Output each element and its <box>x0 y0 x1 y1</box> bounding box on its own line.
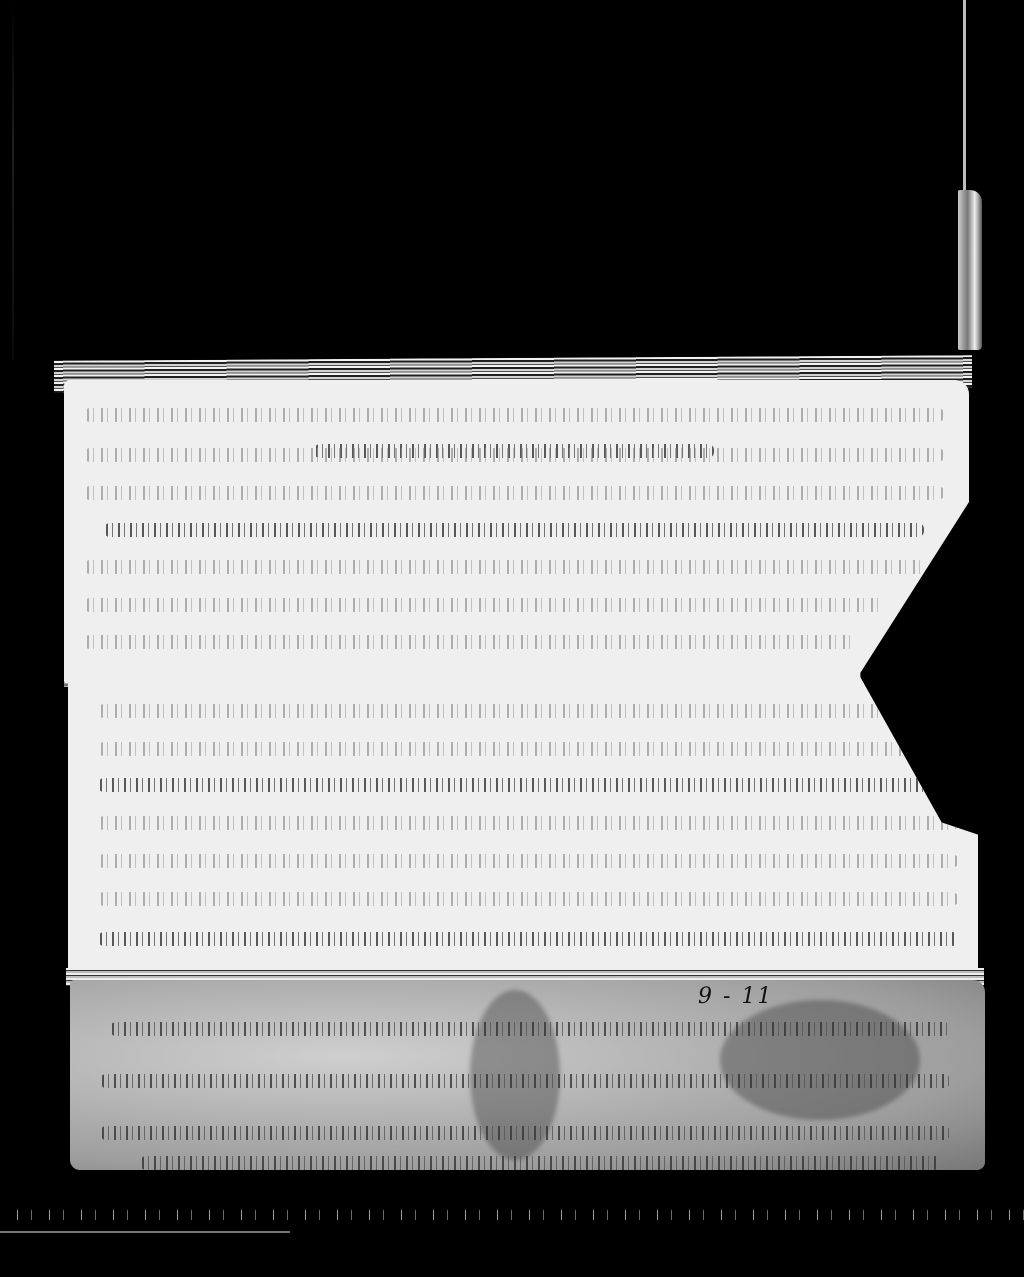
script-line <box>98 778 938 792</box>
script-line <box>98 854 958 868</box>
script-line <box>98 816 958 830</box>
film-scratch <box>0 1231 290 1233</box>
script-line <box>100 1126 950 1140</box>
script-line <box>110 1022 950 1036</box>
film-specks <box>0 1210 1024 1220</box>
script-line <box>84 560 924 574</box>
cover-edge <box>963 0 966 200</box>
script-line <box>84 635 854 649</box>
script-line <box>100 1074 950 1088</box>
script-line <box>98 704 938 718</box>
script-line <box>98 892 958 906</box>
cover-panel <box>70 980 985 1170</box>
script-line <box>104 523 924 537</box>
cover-flap <box>958 190 982 350</box>
lower-leaf <box>68 676 978 981</box>
script-line <box>84 486 944 500</box>
photo-frame: 9 - 11 <box>0 0 1024 1277</box>
script-line <box>98 932 958 946</box>
water-stain <box>720 1000 920 1120</box>
script-line <box>84 598 884 612</box>
script-line <box>84 408 944 422</box>
script-line <box>84 448 944 462</box>
script-line <box>140 1156 940 1170</box>
script-line <box>98 742 938 756</box>
film-edge <box>12 0 14 360</box>
folio-marker: 9 - 11 <box>698 984 773 1009</box>
upper-leaf <box>64 380 969 685</box>
